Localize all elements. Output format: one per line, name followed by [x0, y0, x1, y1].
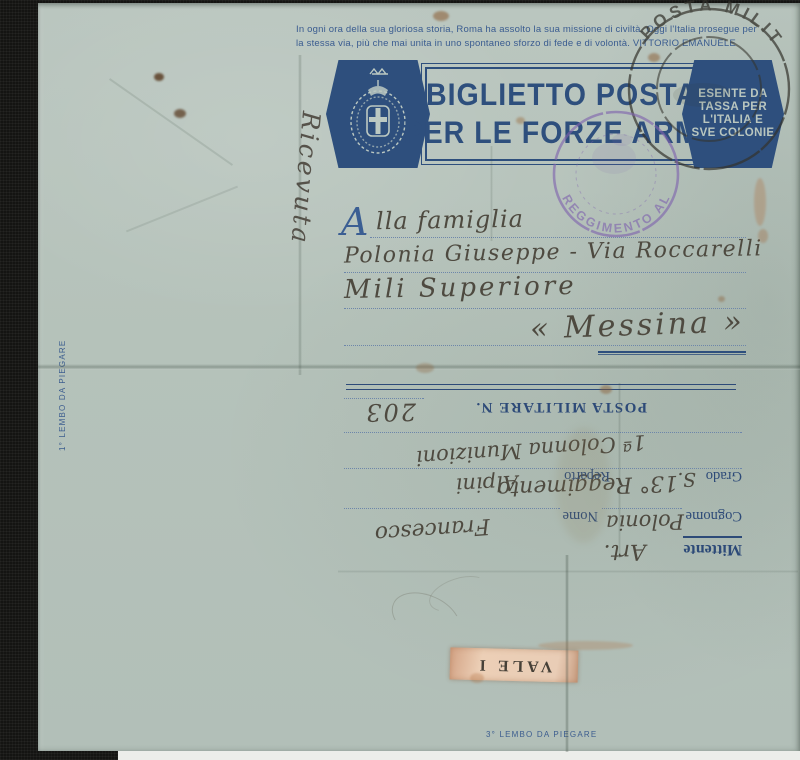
handwritten-side-note: Ricevuta — [283, 110, 326, 272]
address-underline — [598, 354, 746, 355]
address-line-2: Polonia Giuseppe - Via Roccarelli — [344, 236, 763, 268]
wrinkle — [126, 186, 238, 233]
sender-form-rotated: Mittente Art. Cognome Polonia Nome Franc… — [340, 382, 742, 570]
pencil-smudge — [425, 569, 494, 619]
cognome-label: Cognome — [686, 507, 742, 524]
nome-handwriting: Francesco — [374, 513, 491, 546]
grado-label: Grado — [706, 467, 742, 484]
cognome-handwriting: Polonia — [606, 509, 684, 534]
mittente-handwriting: Art. — [604, 539, 647, 565]
grado-handwriting: S. — [677, 468, 696, 490]
fold-crease — [38, 364, 800, 370]
stain — [718, 296, 725, 302]
address-ruled-line — [344, 345, 746, 346]
printed-initial-a: A — [341, 200, 368, 244]
pencil-smudge — [384, 582, 468, 653]
nome-field-line — [344, 508, 560, 509]
wrinkle — [109, 78, 233, 166]
stain — [416, 363, 434, 373]
address-line-1: lla famiglia — [376, 205, 524, 236]
vale-paper-scrap: VALE I — [450, 647, 579, 682]
stain — [754, 178, 766, 226]
grado-field-line — [344, 468, 742, 469]
address-line-4: « Messina » — [529, 304, 745, 346]
reparto-handwriting: Alpini — [455, 470, 518, 497]
underlying-sheet-edge — [118, 751, 800, 760]
fold-label-bottom: 3° LEMBO DA PIEGARE — [486, 730, 597, 739]
address-line-3: Mili Superiore — [344, 271, 577, 305]
unit-stamp-text: REGGIMENTO ALPINI — [559, 163, 673, 236]
vale-text: VALE I — [475, 655, 552, 675]
panel-bottom-rule — [346, 384, 736, 390]
reparto-label: Reparto — [564, 467, 610, 484]
postal-sheet: In ogni ora della sua gloriosa storia, R… — [38, 3, 800, 751]
mittente-label: Mittente — [683, 536, 742, 558]
fold-label-left: 1° LEMBO DA PIEGARE — [58, 301, 67, 451]
posta-militare-label: POSTA MILITARE N. — [475, 398, 647, 415]
posta-militare-number: 203 — [364, 398, 416, 427]
speck — [174, 109, 186, 118]
postmark-text: POSTA MILITARE — [636, 0, 786, 93]
nome-label: Nome — [563, 507, 598, 524]
rust-smear — [538, 641, 633, 650]
wrinkle — [338, 570, 798, 573]
stain — [433, 11, 449, 21]
speck — [154, 73, 164, 81]
unit-detail-handwriting: 1ª Colonna Munizioni — [415, 430, 646, 470]
detail-field-line — [344, 432, 742, 433]
svg-text:POSTA MILITARE: POSTA MILITARE — [636, 0, 786, 93]
address-underline — [598, 351, 746, 353]
svg-text:REGGIMENTO ALPINI: REGGIMENTO ALPINI — [559, 163, 673, 236]
unit-stamp-icon: REGGIMENTO ALPINI — [546, 104, 686, 244]
